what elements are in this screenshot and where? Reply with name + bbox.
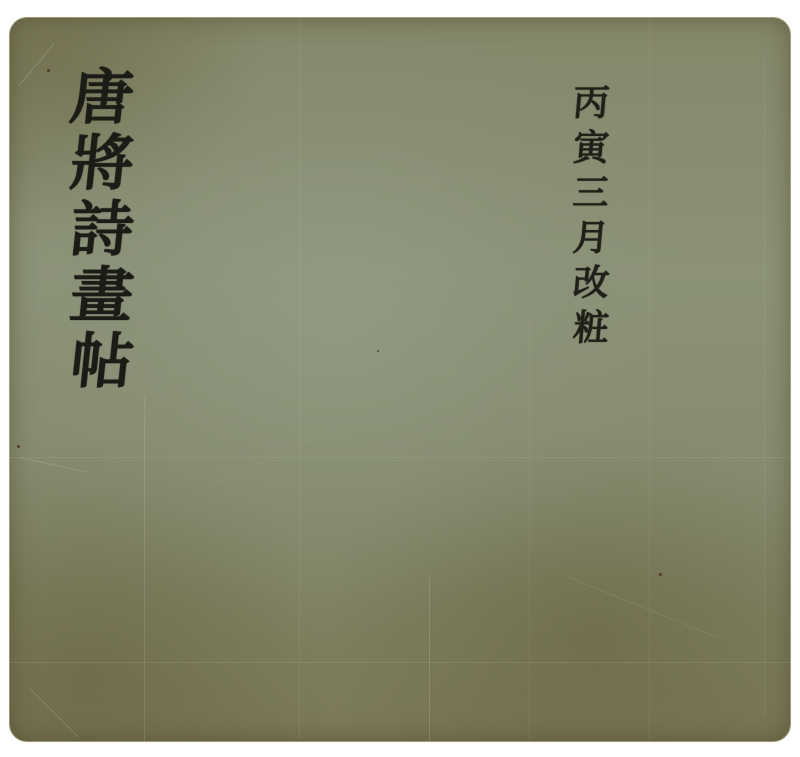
crease-line xyxy=(529,317,530,742)
colophon-char: 粧 xyxy=(571,306,611,351)
colophon-char: 三 xyxy=(571,171,611,216)
crease-line xyxy=(144,397,145,742)
paper-speck xyxy=(47,69,50,72)
colophon-char: 丙 xyxy=(571,81,611,126)
title-char: 畫 xyxy=(67,263,137,329)
crease-line xyxy=(29,687,79,737)
cover-title: 唐 將 詩 畫 帖 xyxy=(57,65,147,395)
title-char: 帖 xyxy=(67,329,137,395)
paper-speck xyxy=(17,445,20,448)
crease-line xyxy=(569,577,718,638)
crease-line xyxy=(299,17,300,742)
colophon-char: 寅 xyxy=(571,126,611,171)
crease-line xyxy=(9,662,791,663)
title-char: 詩 xyxy=(67,197,137,263)
crease-line xyxy=(649,17,650,742)
book-cover: 唐 將 詩 畫 帖 丙 寅 三 月 改 粧 xyxy=(9,17,791,742)
crease-line xyxy=(19,43,55,86)
paper-speck xyxy=(659,573,662,576)
paper-speck xyxy=(377,350,379,352)
crease-line xyxy=(429,577,430,742)
title-char: 唐 xyxy=(67,65,137,131)
crease-line xyxy=(9,457,791,458)
cover-colophon: 丙 寅 三 月 改 粧 xyxy=(555,81,627,351)
colophon-char: 月 xyxy=(571,216,611,261)
title-char: 將 xyxy=(67,131,137,197)
crease-line xyxy=(764,57,765,717)
colophon-char: 改 xyxy=(571,261,611,306)
crease-line xyxy=(19,457,88,473)
